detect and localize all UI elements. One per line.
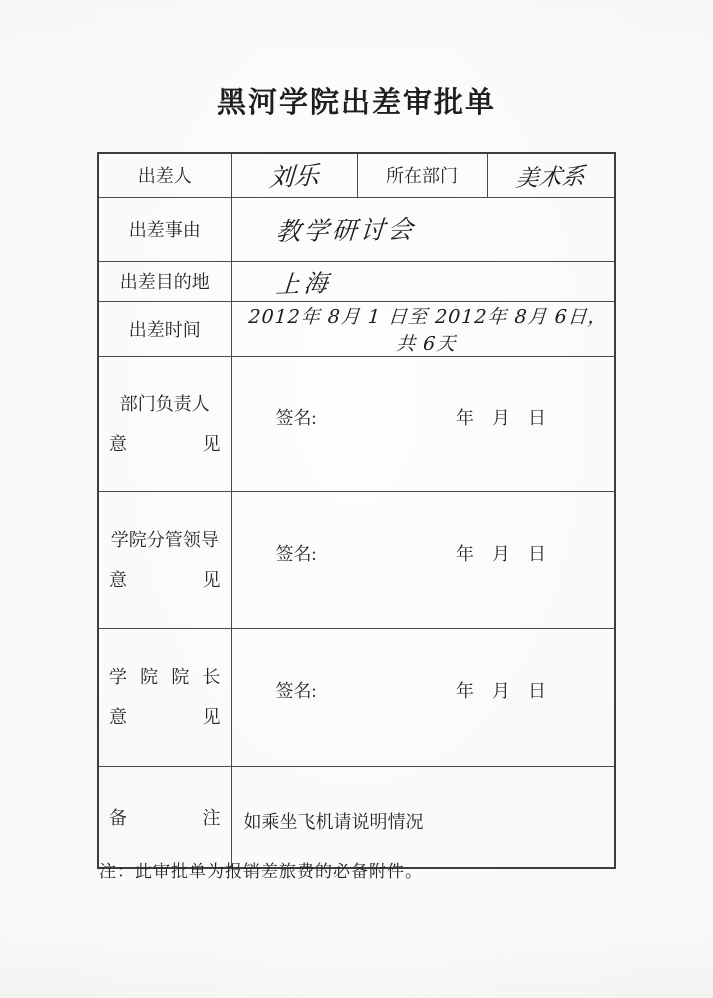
footer-note: 注：此审批单为报销差旅费的必备附件。 [99,857,423,882]
president-opinion-label-line2: 意见 [109,697,221,737]
remark-label-text: 备注 [109,804,221,830]
time-value-cell: 2012年 8月 1 日至 2012年 8月 6日，共 6天 [231,301,615,356]
row-remark: 备注 如乘坐飞机请说明情况 [98,766,615,868]
traveler-label: 出差人 [98,153,231,197]
dept-head-opinion-label: 部门负责人 意见 [98,356,231,491]
vice-leader-opinion-label-line1: 学院分管领导 [109,520,221,560]
destination-handwritten-value: 上海 [274,262,332,299]
vice-leader-sign-label: 签名: [276,540,317,566]
president-opinion-label-line1: 学院院长 [109,657,221,697]
row-dept-head-opinion: 部门负责人 意见 签名: 年 月 日 [98,356,615,491]
time-label: 出差时间 [98,301,231,356]
row-time: 出差时间 2012年 8月 1 日至 2012年 8月 6日，共 6天 [98,301,615,356]
dept-head-sign-label: 签名: [276,404,317,430]
president-sign-label: 签名: [276,677,317,703]
remark-value: 如乘坐飞机请说明情况 [244,812,424,832]
reason-label: 出差事由 [98,197,231,261]
page-title: 黑河学院出差审批单 [0,80,713,121]
vice-leader-opinion-label: 学院分管领导 意见 [98,491,231,628]
dept-head-opinion-cell: 签名: 年 月 日 [231,356,615,491]
vice-leader-opinion-label-line2: 意见 [109,560,221,600]
row-traveler: 出差人 刘乐 所在部门 美术系 [98,153,615,197]
row-vice-leader-opinion: 学院分管领导 意见 签名: 年 月 日 [98,491,615,628]
reason-handwritten-value: 教学研讨会 [274,210,417,248]
remark-label: 备注 [98,766,231,868]
department-handwritten-value: 美术系 [515,157,587,193]
department-value-cell: 美术系 [487,153,615,197]
traveler-value-cell: 刘乐 [231,153,357,197]
row-reason: 出差事由 教学研讨会 [98,197,615,261]
dept-head-date-label: 年 月 日 [456,404,546,430]
president-opinion-cell: 签名: 年 月 日 [231,628,615,766]
row-president-opinion: 学院院长 意见 签名: 年 月 日 [98,628,615,766]
approval-form-table: 出差人 刘乐 所在部门 美术系 出差事由 教学研讨会 出差目的地 上海 出差时间… [97,152,616,869]
time-handwritten-value: 2012年 8月 1 日至 2012年 8月 6日，共 6天 [238,302,615,356]
president-date-label: 年 月 日 [456,677,546,703]
president-opinion-label: 学院院长 意见 [98,628,231,766]
destination-value-cell: 上海 [231,261,615,301]
destination-label: 出差目的地 [98,261,231,301]
department-label: 所在部门 [357,153,487,197]
vice-leader-opinion-cell: 签名: 年 月 日 [231,491,615,628]
dept-head-opinion-label-line1: 部门负责人 [109,384,221,424]
reason-value-cell: 教学研讨会 [231,197,615,261]
dept-head-opinion-label-line2: 意见 [109,424,221,464]
traveler-handwritten-value: 刘乐 [268,156,320,195]
vice-leader-date-label: 年 月 日 [456,540,546,566]
remark-value-cell: 如乘坐飞机请说明情况 [231,766,615,868]
row-destination: 出差目的地 上海 [98,261,615,301]
